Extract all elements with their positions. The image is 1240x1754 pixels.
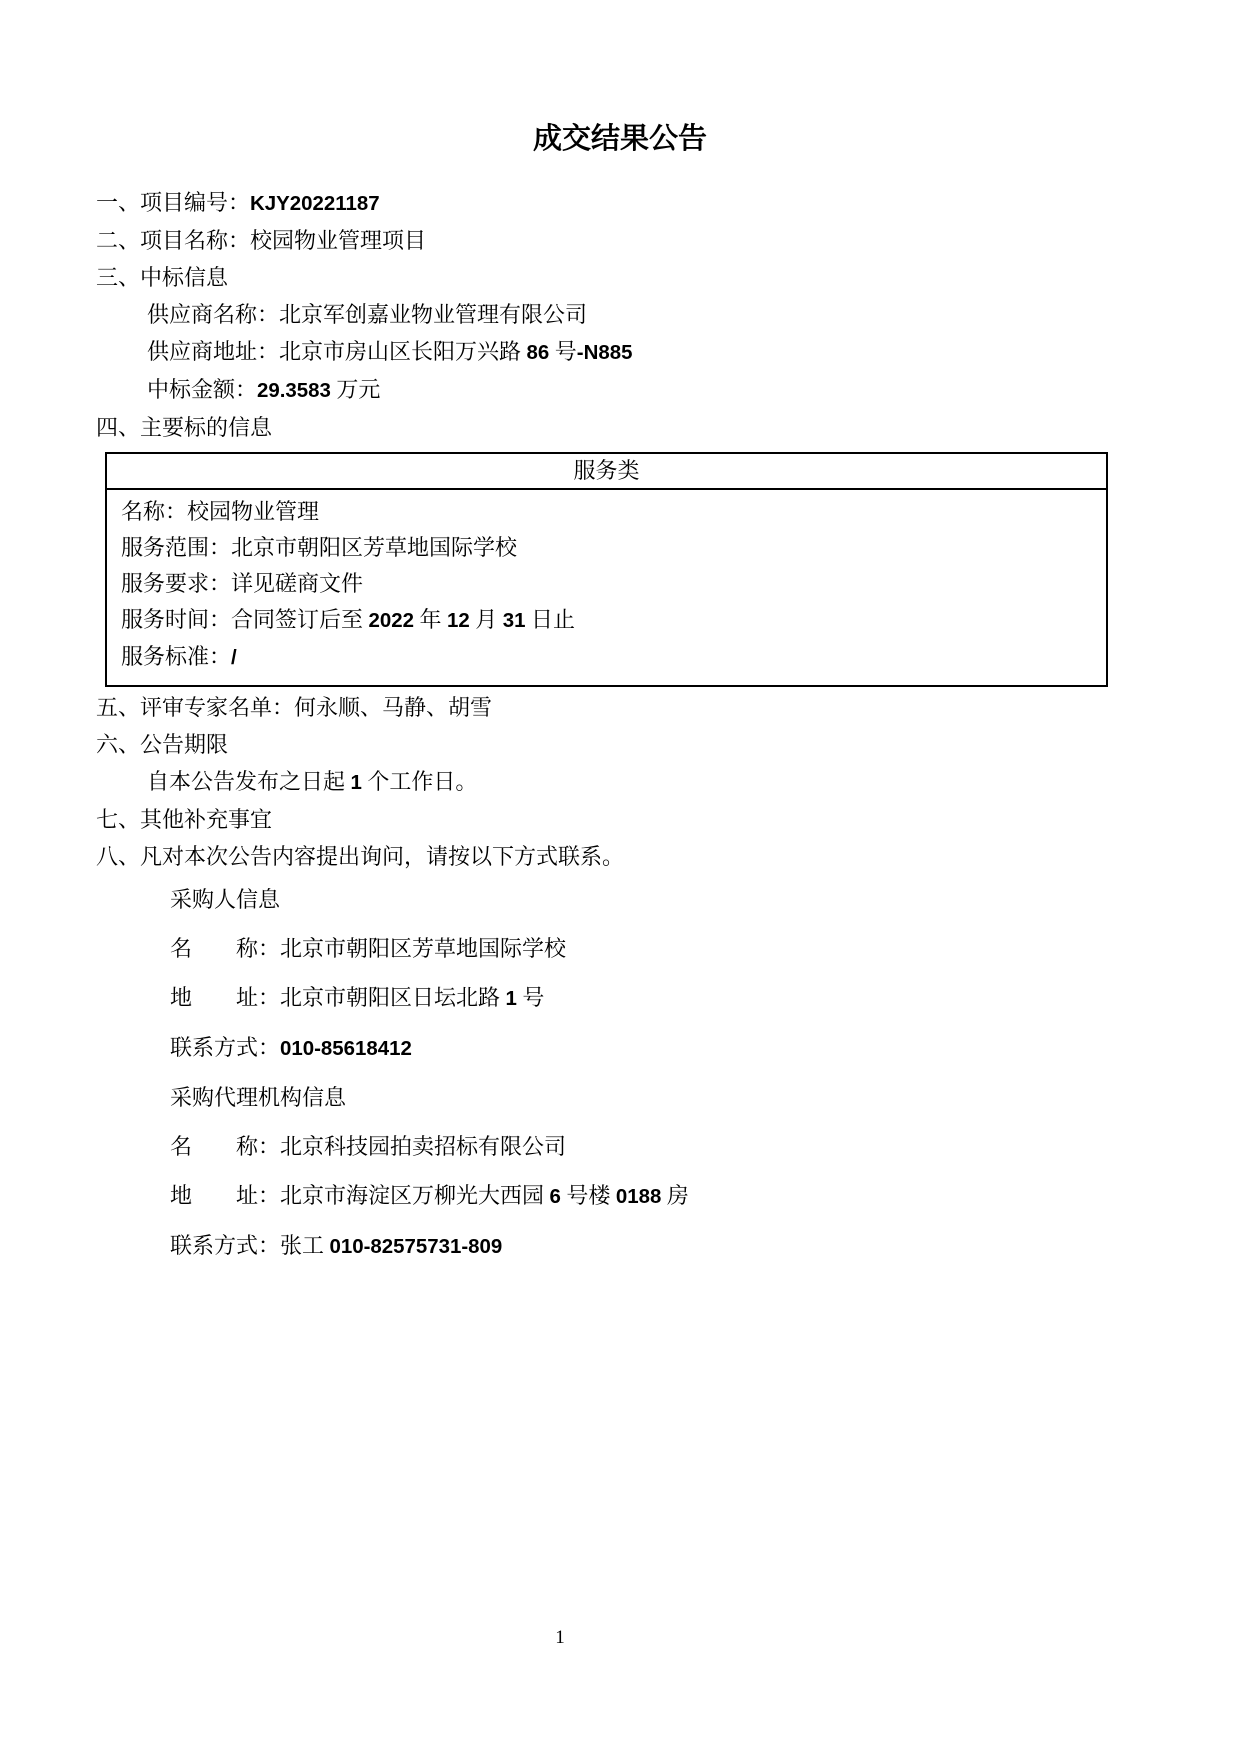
document-page: 成交结果公告 一、项目编号：KJY20221187 二、项目名称：校园物业管理项… xyxy=(0,0,1240,1754)
item-subject-heading: 四、主要标的信息 xyxy=(96,409,1144,446)
table-line-service-standard: 服务标准：/ xyxy=(121,639,1092,676)
item-period-text: 自本公告发布之日起 1 个工作日。 xyxy=(96,763,1144,801)
subject-info-table: 服务类 名称：校园物业管理 服务范围：北京市朝阳区芳草地国际学校 服务要求：详见… xyxy=(105,452,1108,687)
item-project-name: 二、项目名称：校园物业管理项目 xyxy=(96,222,1144,259)
purchaser-name: 名 称：北京市朝阳区芳草地国际学校 xyxy=(96,924,1144,973)
subject-table-header-row: 服务类 xyxy=(106,453,1107,489)
item-experts: 五、评审专家名单：何永顺、马静、胡雪 xyxy=(96,689,1144,726)
table-line-service-time: 服务时间：合同签订后至 2022 年 12 月 31 日止 xyxy=(121,602,1092,639)
item-other-heading: 七、其他补充事宜 xyxy=(96,801,1144,838)
table-line-name: 名称：校园物业管理 xyxy=(121,494,1092,530)
subject-table-header-cell: 服务类 xyxy=(106,453,1107,489)
item-period-heading: 六、公告期限 xyxy=(96,726,1144,763)
item-award-heading: 三、中标信息 xyxy=(96,259,1144,296)
subject-table-body-row: 名称：校园物业管理 服务范围：北京市朝阳区芳草地国际学校 服务要求：详见磋商文件… xyxy=(106,489,1107,686)
agency-info-heading: 采购代理机构信息 xyxy=(96,1073,1144,1122)
agency-address: 地 址：北京市海淀区万柳光大西园 6 号楼 0188 房 xyxy=(96,1171,1144,1221)
item-award-amount: 中标金额：29.3583 万元 xyxy=(96,371,1144,409)
item-supplier-address: 供应商地址：北京市房山区长阳万兴路 86 号-N885 xyxy=(96,333,1144,371)
page-number: 1 xyxy=(0,1622,1120,1654)
agency-name: 名 称：北京科技园拍卖招标有限公司 xyxy=(96,1122,1144,1171)
subject-table-body-cell: 名称：校园物业管理 服务范围：北京市朝阳区芳草地国际学校 服务要求：详见磋商文件… xyxy=(106,489,1107,686)
agency-contact: 联系方式：张工 010-82575731-809 xyxy=(96,1221,1144,1271)
item-supplier-name: 供应商名称：北京军创嘉业物业管理有限公司 xyxy=(96,296,1144,333)
table-line-service-requirement: 服务要求：详见磋商文件 xyxy=(121,566,1092,602)
purchaser-contact: 联系方式：010-85618412 xyxy=(96,1023,1144,1073)
page-title: 成交结果公告 xyxy=(96,0,1144,158)
item-contact-intro: 八、凡对本次公告内容提出询问，请按以下方式联系。 xyxy=(96,838,1144,875)
table-line-service-scope: 服务范围：北京市朝阳区芳草地国际学校 xyxy=(121,530,1092,566)
item-project-number: 一、项目编号：KJY20221187 xyxy=(96,184,1144,222)
purchaser-address: 地 址：北京市朝阳区日坛北路 1 号 xyxy=(96,973,1144,1023)
purchaser-info-heading: 采购人信息 xyxy=(96,875,1144,924)
